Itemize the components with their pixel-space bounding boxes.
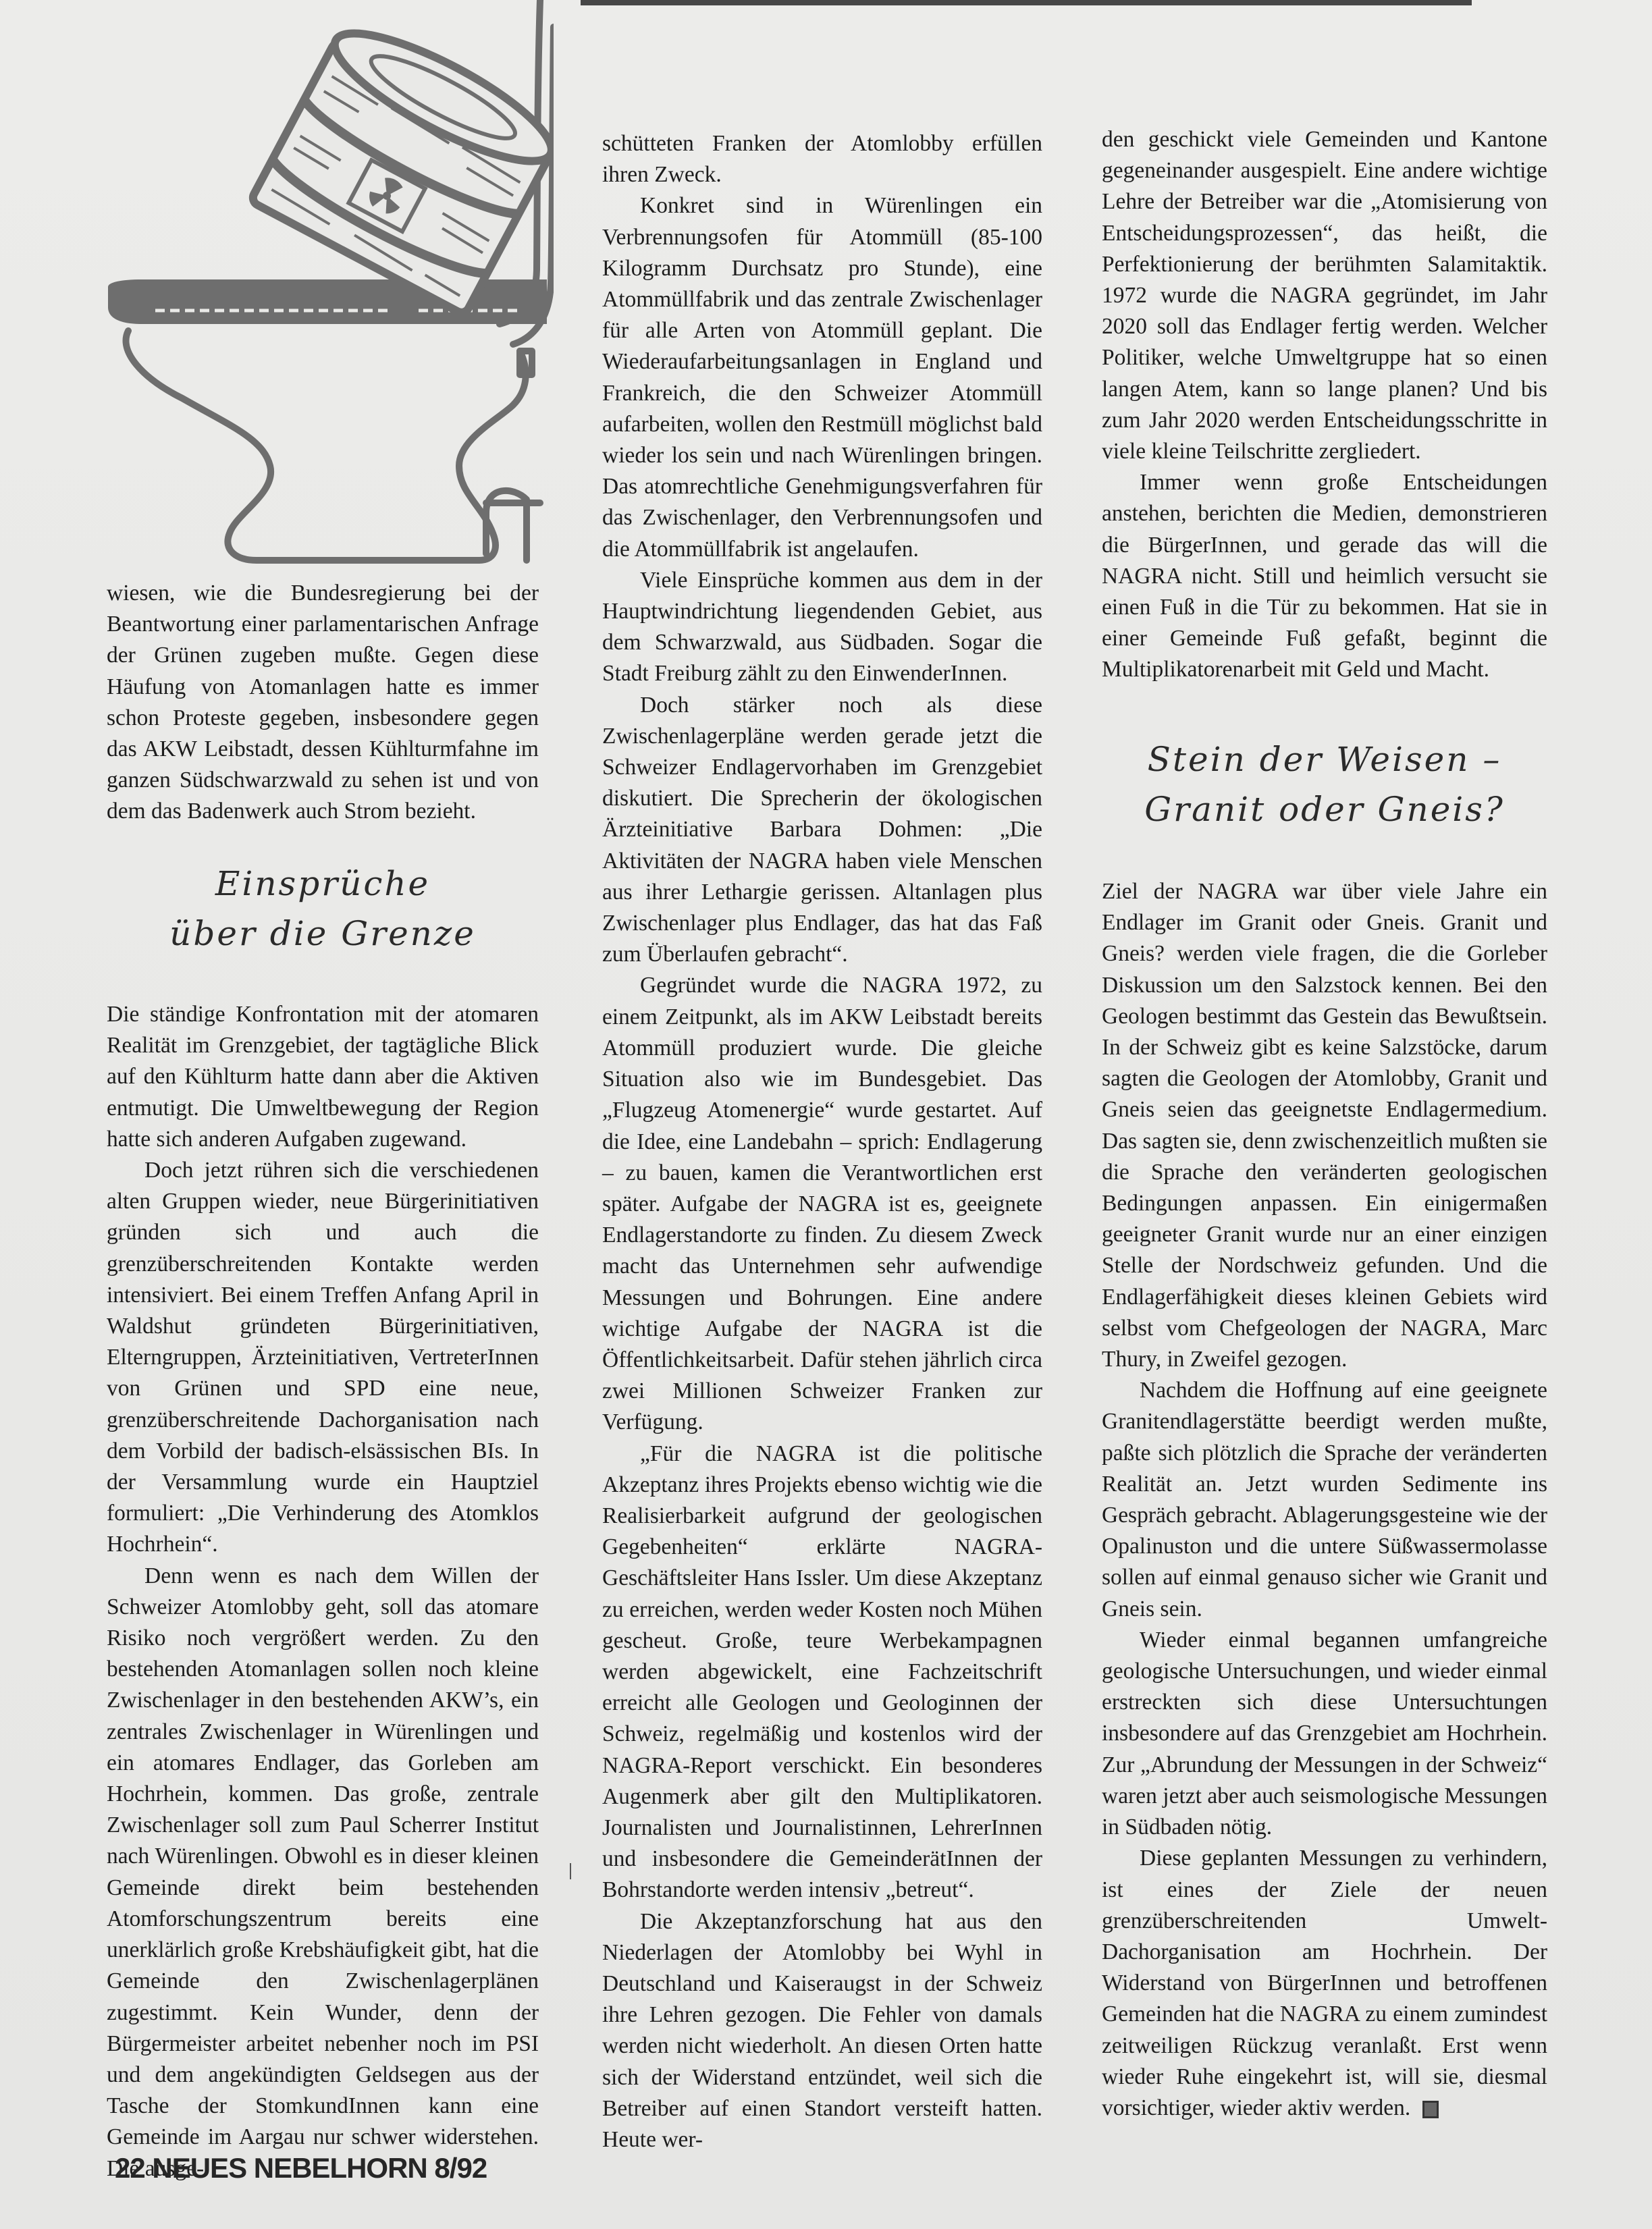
paragraph-final: Diese geplanten Messungen zu verhindern,… <box>1102 1843 1547 2124</box>
paragraph: Gegründet wurde die NAGRA 1972, zu einem… <box>602 970 1042 1438</box>
magazine-page: wiesen, wie die Bundesregierung bei der … <box>0 0 1652 2229</box>
paragraph: Wieder einmal begannen umfangreiche geol… <box>1102 1625 1547 1843</box>
paragraph: Die Akzeptanzforschung hat aus den Niede… <box>602 1906 1042 2156</box>
paragraph: Denn wenn es nach dem Willen der Schweiz… <box>107 1561 539 2184</box>
section-heading-einsprueche: Einsprüche über die Grenze <box>107 859 539 959</box>
paragraph-text: Diese geplanten Messungen zu verhindern,… <box>1102 1846 1547 2120</box>
paragraph: Viele Einsprüche kommen aus dem in der H… <box>602 565 1042 690</box>
page-footer: 22 NEUES NEBELHORN 8/92 <box>115 2152 487 2184</box>
heading-line: Granit oder Gneis? <box>1102 784 1547 834</box>
paragraph: Nachdem die Hoffnung auf eine geeignete … <box>1102 1375 1547 1625</box>
paragraph: Die ständige Konfrontation mit der atoma… <box>107 999 539 1155</box>
heading-line: Einsprüche <box>107 859 539 909</box>
radioactive-barrel-on-toilet-illustration <box>81 0 554 570</box>
footer-page-and-issue: 22 NEUES NEBELHORN 8/92 <box>115 2152 487 2184</box>
heading-line: über die Grenze <box>107 909 539 959</box>
paragraph: schütteten Franken der Atomlobby erfülle… <box>602 128 1042 190</box>
paragraph: Konkret sind in Würenlingen ein Verbrenn… <box>602 190 1042 564</box>
scan-mark <box>570 1863 571 1879</box>
right-column-top: den geschickt viele Gemeinden und Kanton… <box>1102 124 1547 686</box>
paragraph: Immer wenn große Entscheidungen anstehen… <box>1102 467 1547 685</box>
right-column-body: Ziel der NAGRA war über viele Jahre ein … <box>1102 876 1547 2124</box>
left-column-top: wiesen, wie die Bundesregierung bei der … <box>107 578 539 828</box>
heading-line: Stein der Weisen – <box>1102 734 1547 784</box>
paragraph: wiesen, wie die Bundesregierung bei der … <box>107 578 539 828</box>
end-of-article-icon <box>1422 2101 1439 2118</box>
section-heading-stein-der-weisen: Stein der Weisen – Granit oder Gneis? <box>1102 734 1547 834</box>
paragraph: „Für die NAGRA ist die politische Akzept… <box>602 1439 1042 1906</box>
paragraph: Doch stärker noch als diese Zwischenlage… <box>602 690 1042 971</box>
paragraph: Ziel der NAGRA war über viele Jahre ein … <box>1102 876 1547 1375</box>
paragraph: Doch jetzt rühren sich die verschiedenen… <box>107 1155 539 1561</box>
paragraph: den geschickt viele Gemeinden und Kanton… <box>1102 124 1547 467</box>
middle-column: schütteten Franken der Atomlobby erfülle… <box>602 128 1042 2155</box>
left-column-body: Die ständige Konfrontation mit der atoma… <box>107 999 539 2184</box>
top-rule <box>581 0 1472 5</box>
